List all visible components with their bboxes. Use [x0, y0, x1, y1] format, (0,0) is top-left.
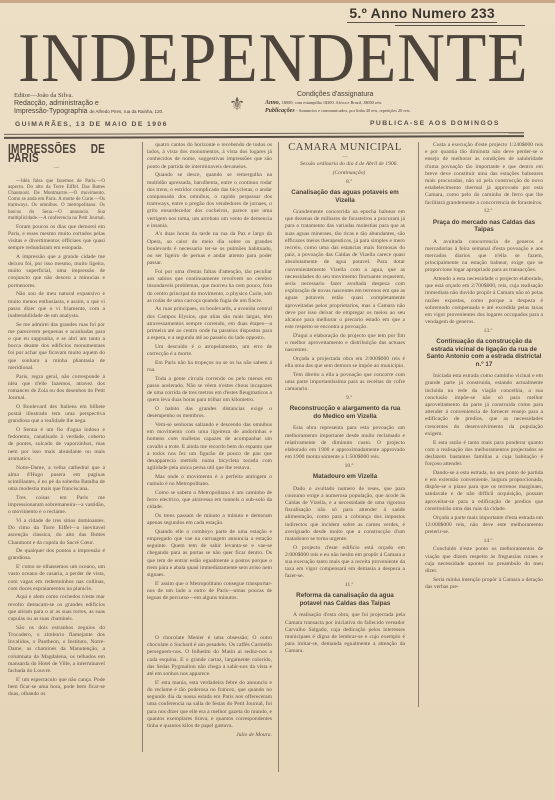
- camara-title: CAMARA MUNICIPAL: [285, 144, 405, 151]
- article-signature: Julio de Moura.: [147, 732, 272, 739]
- paragraph: Attendo a esta necessidade o projecto el…: [425, 276, 543, 326]
- paragraph: O chocolate Menier é uma obsessão; O out…: [147, 635, 272, 678]
- impressao-line: Impressão-Typographia de Alfredo Pires, …: [14, 108, 163, 116]
- section-number: 13.º: [425, 328, 543, 335]
- issue-date: GUIMARÃES, 13 DE MAIO DE 1906: [15, 121, 168, 128]
- paragraph: Orçada a projectada obra em 2:000$000 re…: [285, 356, 405, 370]
- paragraph: As ruas principaes, os boulevards, a ave…: [147, 306, 272, 342]
- paragraph: E' como se olhassemos um oceano, um vast…: [8, 564, 105, 593]
- paragraph: Não sou de meu natural expansivo e muito…: [8, 291, 105, 320]
- article-title: IMPRESSÕES DE PARIS: [8, 145, 105, 164]
- paragraph: Dando-se a esta estrada, no seu ponto de…: [425, 470, 543, 513]
- paragraph: Foi por uma d'estas faltas d'attenção, t…: [147, 269, 272, 305]
- section-heading: Canalisação das aguas potaveis em Vizell…: [285, 189, 405, 204]
- column-divider: [278, 142, 279, 772]
- column-2-lower: O chocolate Menier é uma obsessão; O out…: [147, 635, 272, 755]
- paragraph: Orçada a parte mais importante d'esta es…: [425, 515, 543, 537]
- paragraph: Quando se desce, quando se remergulha na…: [147, 172, 272, 230]
- section-heading: Reconstrucção e alargamento da rua do Me…: [285, 405, 405, 420]
- paragraph: Notre-Dame, a velha cathedral que a alma…: [8, 465, 105, 494]
- paragraph: O habito das grandes distancias exige o …: [147, 406, 272, 420]
- column-divider: [418, 142, 419, 707]
- column-2: quatro cantos do horizonte e recebendo d…: [147, 142, 272, 632]
- paragraph: Aqui e alem como rochedos n'este mar rev…: [8, 594, 105, 623]
- conditions-title: Condições d'assignatura: [265, 91, 411, 99]
- paragraph: Dado o avultado numero de reses, que par…: [285, 486, 405, 544]
- section-heading: Matadouro em Vizella: [285, 473, 405, 481]
- title-separator: —: [8, 165, 105, 172]
- paragraph: Em Paris não ha tropeços ou se os ha não…: [147, 360, 272, 374]
- paragraph: O Senna é um fio d'agua lodoso e fedoren…: [8, 427, 105, 463]
- paragraph: Um descuido é o atropelamento, um erro d…: [147, 344, 272, 358]
- section-number: 10.º: [285, 463, 405, 470]
- paragraph: quatro cantos do horizonte e recebendo d…: [147, 142, 272, 171]
- section-number: 9.º: [285, 395, 405, 402]
- section-number: 11.º: [285, 582, 405, 589]
- paragraph: O projecto d'este edificio está orçado e…: [285, 545, 405, 581]
- newspaper-page: 5.º Anno Numero 233 INDEPENDENTE Editor—…: [0, 0, 555, 800]
- title-separator: —: [285, 154, 405, 161]
- paragraph: Mas onde o movimento é a perfeita anting…: [147, 474, 272, 488]
- paragraph: Concluido n'este ponto os melhoramentos …: [425, 546, 543, 575]
- paragraph: A's duas horas da tarde na rua da Paz e …: [147, 231, 272, 267]
- paragraph: Foram poucos os dias que demorei em Pari…: [8, 224, 105, 253]
- paragraph: Grandemente concorrida na epocha balnear…: [285, 209, 405, 331]
- publicacoes-line: Publicações - Annuncios e communicados, …: [265, 107, 411, 115]
- paragraph: D'aqui a elaboração do projecto que tem …: [285, 333, 405, 355]
- paragraph: São os dois estranhos zeguios do Trocade…: [8, 625, 105, 675]
- paragraph: Custa a execução d'este projecto 1:240$0…: [425, 142, 543, 207]
- column-4: Custa a execução d'este projecto 1:240$0…: [425, 142, 543, 782]
- header-rule-thick: [4, 135, 524, 138]
- session-line: Sessão ordinaria do dia 4 de Abril de 19…: [285, 161, 405, 168]
- paragraph: De qualquer dos pontos a impressão é gra…: [8, 548, 105, 562]
- ornament-icon: ⚜: [229, 94, 245, 115]
- redaccao-line: Redacção, administração e: [14, 100, 163, 108]
- paragraph: Vi a cidade de tres sitios dominantes. D…: [8, 518, 105, 547]
- paragraph: Vem-se senhoras saltando e descendo das …: [147, 422, 272, 472]
- paragraph: Esta obra representa para esta povoação …: [285, 425, 405, 461]
- anno-line: Anno, 1$000; com estampilha 1$300. Afric…: [265, 99, 411, 107]
- column-3: CAMARA MUNICIPAL — Sessão ordinaria do d…: [285, 142, 405, 782]
- paragraph: Os trens passam de minuto a minuto e dem…: [147, 513, 272, 527]
- paragraph: Quando elle o comboyo parte de uma estaç…: [147, 529, 272, 579]
- paragraph: Como se sabem o Metropolitano é um camin…: [147, 490, 272, 512]
- column-divider: [142, 142, 143, 752]
- paragraph: E' esta mania, esta verdadeira febre do …: [147, 680, 272, 730]
- section-number: 12.º: [425, 208, 543, 215]
- section-number: 8.º: [285, 179, 405, 186]
- section-number: 14.º: [425, 538, 543, 545]
- section-heading: Praça do mercado nas Caldas das Taipas: [425, 219, 543, 234]
- paragraph: Paris, regra geral, não corresponde á id…: [8, 374, 105, 403]
- paragraph: O Boulevard des Italiens em bilhete post…: [8, 404, 105, 426]
- page-edge: [0, 0, 555, 3]
- masthead-title: INDEPENDENTE: [18, 24, 538, 94]
- paragraph: Seria minha intenção propôr á Camara a d…: [425, 577, 543, 591]
- paragraph: E' um espectaculo que não cança. Pode be…: [8, 677, 105, 699]
- publication-schedule: PUBLICA-SE AOS DOMINGOS: [370, 120, 500, 127]
- paragraph: Se me admirei das grandes ruas foi por m…: [8, 322, 105, 372]
- section-heading: Continuação da construcção da estrada vi…: [425, 338, 543, 368]
- paragraph: Tres coisas em Paris me impressionaram s…: [8, 495, 105, 517]
- article-summary: —Idéa falsa que fazemos de Paris.—O aspe…: [8, 179, 105, 222]
- subscription-info: Condições d'assignatura Anno, 1$000; com…: [265, 91, 411, 115]
- paragraph: Toda a gente circula correndo ou pelo me…: [147, 376, 272, 405]
- paragraph: A avultada concorrencia de generos e mer…: [425, 239, 543, 275]
- column-1: IMPRESSÕES DE PARIS — —Idéa falsa que fa…: [8, 142, 105, 797]
- editorial-info: Editor—João da Silva. Redacção, administ…: [14, 92, 163, 116]
- paragraph: A realisação d'esta obra, que foi projec…: [285, 612, 405, 655]
- paragraph: E esta razão é tanto mais para ponderar …: [425, 440, 543, 469]
- editor-line: Editor—João da Silva.: [14, 92, 163, 100]
- continuation-label: (Continuação): [285, 170, 405, 177]
- paragraph: A impressão que a grande cidade me deixo…: [8, 254, 105, 290]
- paragraph: Iniciada esta estrada como caminho vicin…: [425, 373, 543, 438]
- section-heading: Reforma da canalisação da agua potavel n…: [285, 592, 405, 607]
- paragraph: Tem direito a ella a povoação que concor…: [285, 372, 405, 394]
- paragraph: E' assim que o Metropolitano consegue tr…: [147, 581, 272, 603]
